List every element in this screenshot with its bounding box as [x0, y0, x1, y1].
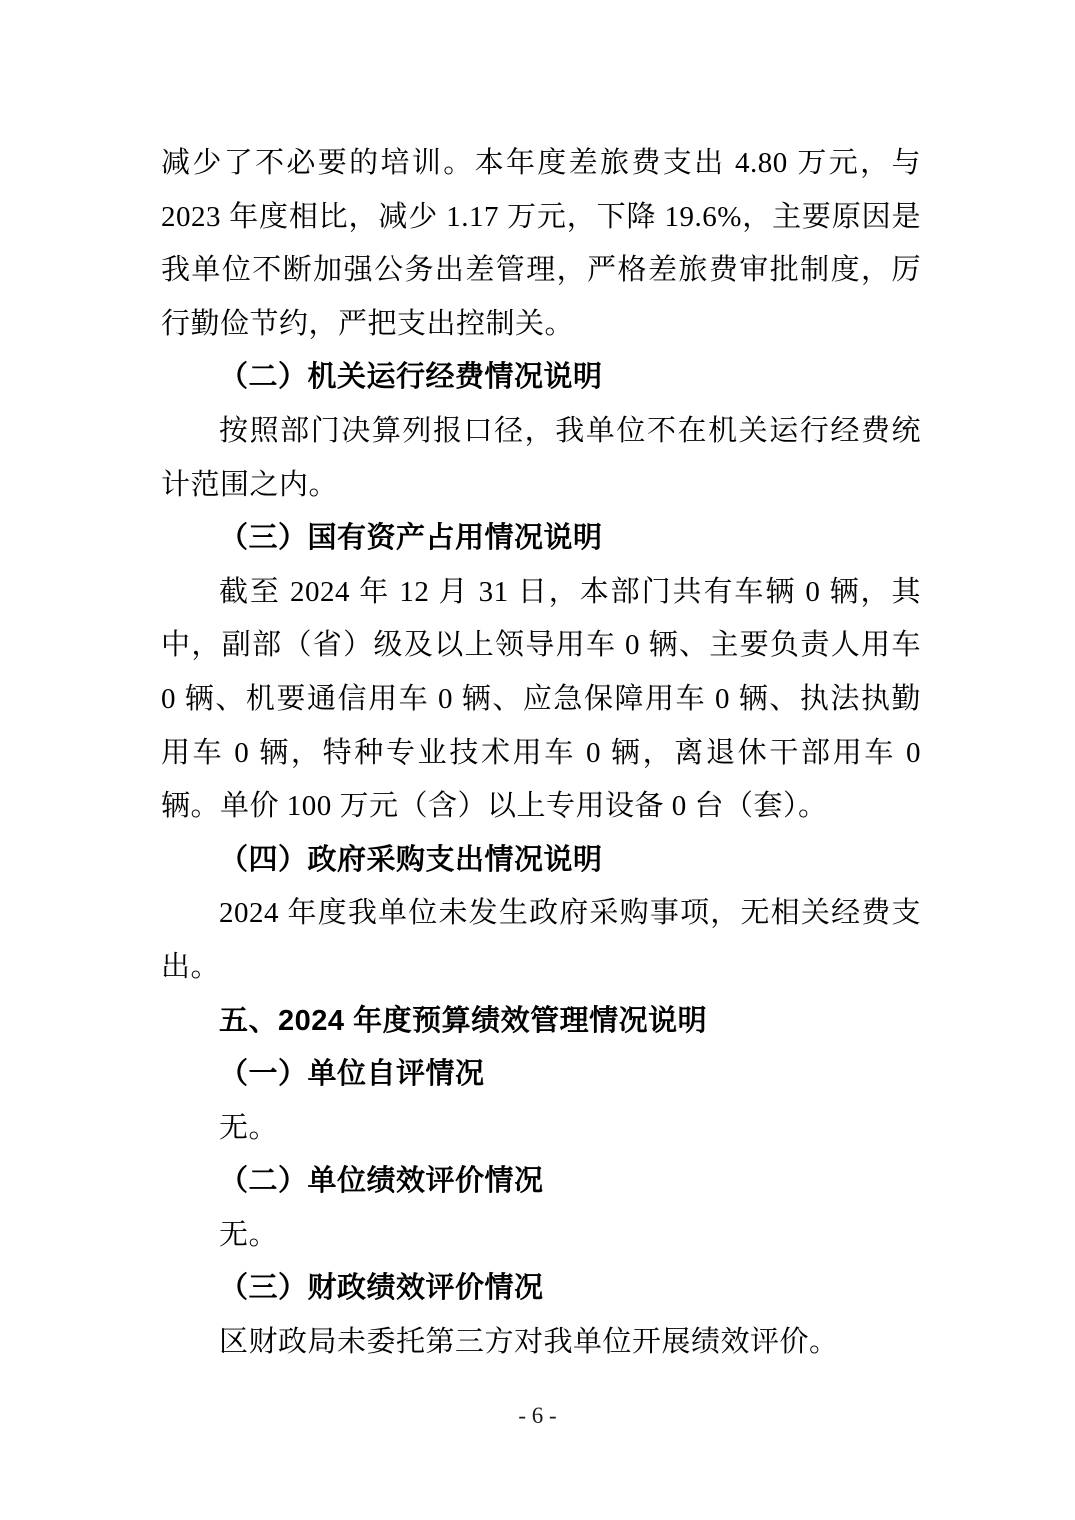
- heading-section-2-operating-funds: （二）机关运行经费情况说明: [161, 351, 921, 405]
- heading-sub-2-unit-performance-evaluation: （二）单位绩效评价情况: [161, 1155, 921, 1209]
- paragraph-unit-performance-evaluation: 无。: [161, 1209, 921, 1263]
- document-page: 减少了不必要的培训。本年度差旅费支出 4.80 万元，与 2023 年度相比，减…: [0, 0, 1075, 1520]
- heading-chapter-5-budget-performance: 五、2024 年度预算绩效管理情况说明: [161, 995, 921, 1049]
- paragraph-fiscal-performance-evaluation: 区财政局未委托第三方对我单位开展绩效评价。: [161, 1316, 921, 1370]
- paragraph-self-evaluation: 无。: [161, 1102, 921, 1156]
- heading-sub-1-self-evaluation: （一）单位自评情况: [161, 1048, 921, 1102]
- paragraph-government-procurement: 2024 年度我单位未发生政府采购事项，无相关经费支出。: [161, 887, 921, 994]
- heading-sub-3-fiscal-performance-evaluation: （三）财政绩效评价情况: [161, 1262, 921, 1316]
- page-number: - 6 -: [0, 1402, 1075, 1430]
- heading-section-4-government-procurement: （四）政府采购支出情况说明: [161, 834, 921, 888]
- heading-section-3-state-assets: （三）国有资产占用情况说明: [161, 512, 921, 566]
- document-content: 减少了不必要的培训。本年度差旅费支出 4.80 万元，与 2023 年度相比，减…: [161, 137, 921, 1370]
- paragraph-travel-expense-continuation: 减少了不必要的培训。本年度差旅费支出 4.80 万元，与 2023 年度相比，减…: [161, 137, 921, 351]
- paragraph-state-assets-vehicles: 截至 2024 年 12 月 31 日，本部门共有车辆 0 辆，其中，副部（省）…: [161, 566, 921, 834]
- paragraph-operating-funds: 按照部门决算列报口径，我单位不在机关运行经费统计范围之内。: [161, 405, 921, 512]
